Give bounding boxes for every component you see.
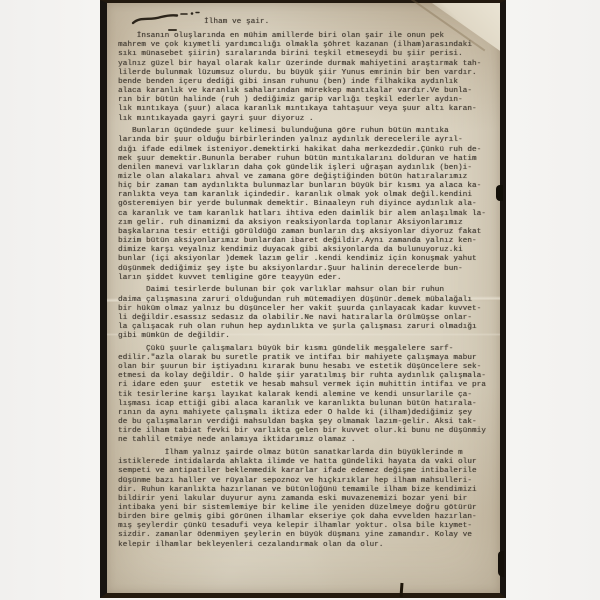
typed-paragraph-4: Çükü şuurle çalışmaları büyük bir kısmı … (118, 345, 500, 446)
edge-tear-right-lower (498, 551, 504, 577)
typed-paragraph-2: Bunların üçündede şuur kelimesi bulunduğ… (118, 127, 500, 283)
document-photo: İlham ve şair. İnsanın oluşlarında en mü… (100, 0, 506, 598)
document-title: İlham ve şair. (204, 18, 500, 27)
typed-paragraph-1: İnsanın oluşlarında en mühim amillerde b… (118, 32, 500, 124)
typed-paragraph-3: Daimi tesirlerde bulunan bir çok varlıkl… (118, 286, 500, 341)
page-background: İlham ve şair. İnsanın oluşlarında en mü… (0, 0, 600, 600)
bottom-tear-mark (400, 583, 404, 597)
typed-paragraph-5: İlham yalnız şairde olmaz bütün sanatkar… (118, 449, 500, 550)
typed-text-block: İlham ve şair. İnsanın oluşlarında en mü… (118, 18, 500, 553)
